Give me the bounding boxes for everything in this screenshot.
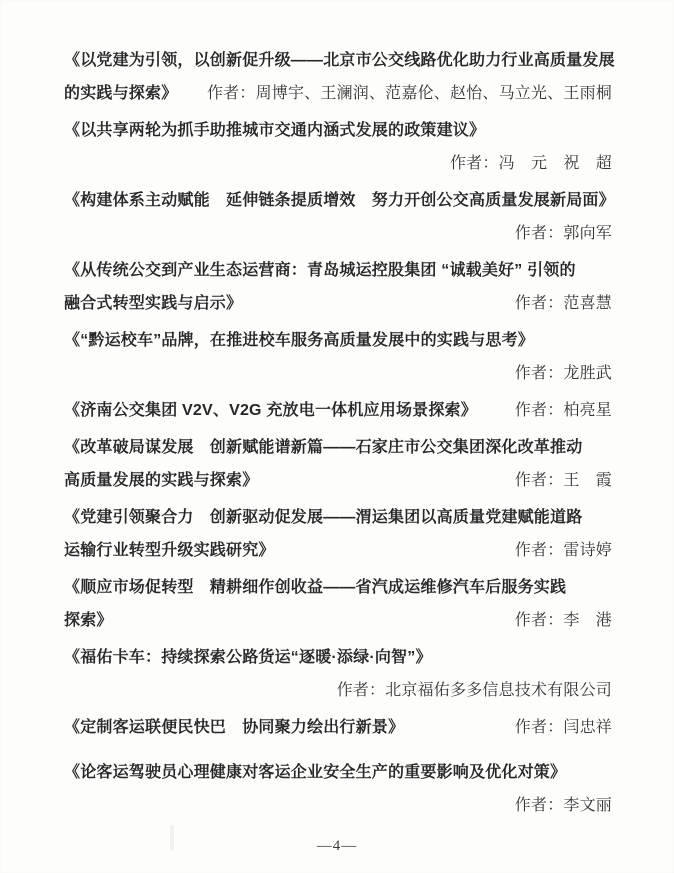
author-segment: 作者：冯 元 祝 超 [450, 147, 612, 180]
author-segment: 作者：李 港 [515, 604, 612, 637]
document-line: 融合式转型实践与启示》作者：范喜慧 [64, 287, 612, 320]
article-title-segment: 融合式转型实践与启示》 [64, 287, 242, 320]
article-title-segment: 《改革破局谋发展 创新赋能谱新篇——石家庄市公交集团深化改革推动 [64, 431, 582, 464]
document-line: 高质量发展的实践与探索》作者：王 霞 [64, 464, 612, 497]
document-line: 作者：冯 元 祝 超 [64, 147, 612, 180]
document-line: 《改革破局谋发展 创新赋能谱新篇——石家庄市公交集团深化改革推动 [64, 431, 612, 464]
document-line: 《济南公交集团 V2V、V2G 充放电一体机应用场景探索》作者：柏亮星 [64, 394, 612, 427]
document-line: 《以共享两轮为抓手助推城市交通内涵式发展的政策建议》 [64, 114, 612, 147]
document-line: 《从传统公交到产业生态运营商：青岛城运控股集团 “诚载美好” 引领的 [64, 254, 612, 287]
article-title-segment: 《党建引领聚合力 创新驱动促发展——渭运集团以高质量党建赋能道路 [64, 501, 582, 534]
author-segment: 作者：范喜慧 [515, 287, 612, 320]
document-line: 运输行业转型升级实践研究》作者：雷诗婷 [64, 534, 612, 567]
article-title-segment: 《从传统公交到产业生态运营商：青岛城运控股集团 “诚载美好” 引领的 [64, 254, 576, 287]
document-line: 作者：李文丽 [64, 789, 612, 822]
document-line: 《福佑卡车：持续探索公路货运“逐暖·添绿·向智”》 [64, 641, 612, 674]
scanned-document-page: 《以党建为引领，以创新促升级——北京市公交线路优化助力行业高质量发展的实践与探索… [0, 0, 674, 873]
document-line: 作者：龙胜武 [64, 357, 612, 390]
document-line: 《定制客运联便民快巴 协同聚力绘出行新景》作者：闫忠祥 [64, 711, 612, 744]
author-segment: 作者：北京福佑多多信息技术有限公司 [337, 674, 612, 707]
document-line: 《构建体系主动赋能 延伸链条提质增效 努力开创公交高质量发展新局面》 [64, 184, 612, 217]
author-segment: 作者：王 霞 [515, 464, 612, 497]
article-title-segment: 探索》 [64, 604, 113, 637]
article-title-segment: 《构建体系主动赋能 延伸链条提质增效 努力开创公交高质量发展新局面》 [64, 184, 615, 217]
article-list: 《以党建为引领，以创新促升级——北京市公交线路优化助力行业高质量发展的实践与探索… [64, 44, 612, 822]
author-segment: 作者：柏亮星 [515, 394, 612, 427]
author-segment: 作者：闫忠祥 [515, 711, 612, 744]
document-line: 作者：北京福佑多多信息技术有限公司 [64, 674, 612, 707]
article-title-segment: 《福佑卡车：持续探索公路货运“逐暖·添绿·向智”》 [64, 641, 432, 674]
author-segment: 作者：周博宇、王澜润、范嘉伦、赵怡、马立光、王雨桐 [207, 77, 612, 110]
article-title-segment: 《以共享两轮为抓手助推城市交通内涵式发展的政策建议》 [64, 114, 485, 147]
page-number: —4— [0, 838, 674, 855]
document-line: 的实践与探索》作者：周博宇、王澜润、范嘉伦、赵怡、马立光、王雨桐 [64, 77, 612, 110]
document-line: 《党建引领聚合力 创新驱动促发展——渭运集团以高质量党建赋能道路 [64, 501, 612, 534]
article-title-segment: 《以党建为引领，以创新促升级——北京市公交线路优化助力行业高质量发展 [64, 44, 615, 77]
author-segment: 作者：龙胜武 [515, 357, 612, 390]
document-line: 《论客运驾驶员心理健康对客运企业安全生产的重要影响及优化对策》 [64, 756, 612, 789]
article-title-segment: 《济南公交集团 V2V、V2G 充放电一体机应用场景探索》 [64, 394, 477, 427]
article-title-segment: 《定制客运联便民快巴 协同聚力绘出行新景》 [64, 711, 404, 744]
document-line: 作者：郭向军 [64, 217, 612, 250]
document-line: 探索》作者：李 港 [64, 604, 612, 637]
article-title-segment: 高质量发展的实践与探索》 [64, 464, 258, 497]
article-title-segment: 的实践与探索》 [64, 77, 177, 110]
document-line: 《以党建为引领，以创新促升级——北京市公交线路优化助力行业高质量发展 [64, 44, 612, 77]
author-segment: 作者：雷诗婷 [515, 534, 612, 567]
author-segment: 作者：郭向军 [515, 217, 612, 250]
article-title-segment: 运输行业转型升级实践研究》 [64, 534, 275, 567]
document-line: 《顺应市场促转型 精耕细作创收益——省汽成运维修汽车后服务实践 [64, 571, 612, 604]
article-title-segment: 《“黔运校车”品牌，在推进校车服务高质量发展中的实践与思考》 [64, 324, 534, 357]
article-title-segment: 《顺应市场促转型 精耕细作创收益——省汽成运维修汽车后服务实践 [64, 571, 566, 604]
author-segment: 作者：李文丽 [515, 789, 612, 822]
article-title-segment: 《论客运驾驶员心理健康对客运企业安全生产的重要影响及优化对策》 [64, 756, 566, 789]
document-line: 《“黔运校车”品牌，在推进校车服务高质量发展中的实践与思考》 [64, 324, 612, 357]
